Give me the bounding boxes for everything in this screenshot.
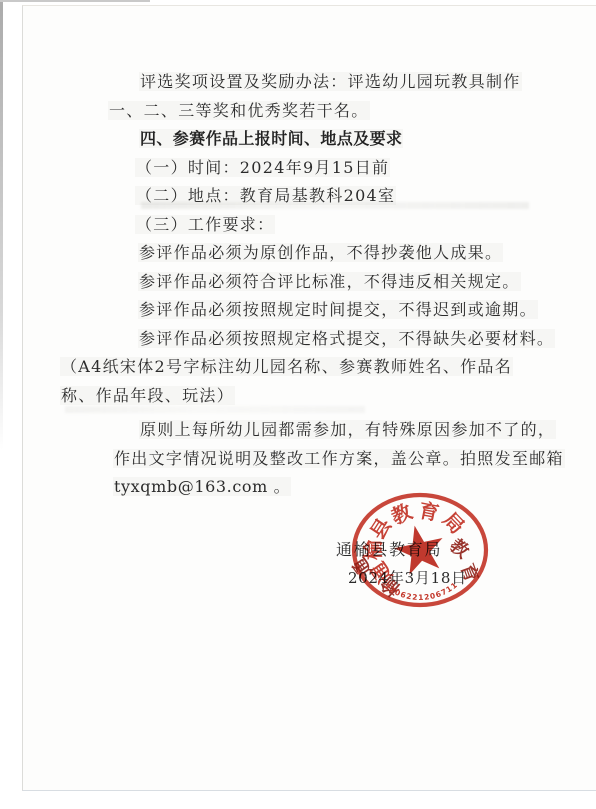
doc-line-text: 作出文字情况说明及整改工作方案，盖公章。拍照发至邮箱 bbox=[113, 449, 565, 468]
doc-line-text: （一）时间：2024年9月15日前 bbox=[135, 158, 390, 177]
paper: 评选奖项设置及奖励办法：评选幼儿园玩教具制作 一、二、三等奖和优秀奖若干名。 四… bbox=[22, 5, 596, 791]
doc-line-text: 参评作品必须符合评比标准，不得违反相关规定。 bbox=[138, 272, 521, 291]
scan-artifact bbox=[65, 406, 365, 413]
seal-arc-char: 育 bbox=[417, 498, 441, 525]
doc-line-text: 参评作品必须按照规定时间提交，不得迟到或逾期。 bbox=[138, 300, 538, 319]
doc-line-text: （A4纸宋体2号字标注幼儿园名称、参赛教师姓名、作品名 bbox=[60, 357, 513, 376]
doc-line-text: 参评作品必须为原创作品，不得抄袭他人成果。 bbox=[138, 243, 503, 262]
scan-edge-shadow-left bbox=[0, 0, 3, 450]
doc-line: 参评作品必须按照规定格式提交，不得缺失必要材料。 bbox=[138, 325, 596, 354]
scan-edge-shadow-top bbox=[0, 0, 150, 2]
doc-line-text: tyxqmb@163.com 。 bbox=[113, 477, 291, 496]
doc-line: 作出文字情况说明及整改工作方案，盖公章。拍照发至邮箱 bbox=[113, 445, 596, 474]
doc-line: 一、二、三等奖和优秀奖若干名。 bbox=[108, 97, 596, 126]
doc-line-text: 评选奖项设置及奖励办法：评选幼儿园玩教具制作 bbox=[139, 72, 522, 91]
doc-line: 参评作品必须按照规定时间提交，不得迟到或逾期。 bbox=[138, 296, 596, 325]
doc-heading: 四、参赛作品上报时间、地点及要求 bbox=[139, 125, 596, 154]
doc-line: 参评作品必须为原创作品，不得抄袭他人成果。 bbox=[138, 239, 596, 268]
scan-artifact bbox=[141, 202, 529, 209]
doc-line: 原则上每所幼儿园都需参加，有特殊原因参加不了的， bbox=[139, 416, 596, 445]
doc-line-text: （三）工作要求： bbox=[135, 215, 275, 234]
doc-line-text: 四、参赛作品上报时间、地点及要求 bbox=[139, 129, 403, 148]
seal-star-icon bbox=[390, 520, 448, 576]
doc-line-text: 称、作品年段、玩法） bbox=[60, 386, 235, 405]
doc-line: （A4纸宋体2号字标注幼儿园名称、参赛教师姓名、作品名 bbox=[60, 353, 596, 382]
doc-line-text: 原则上每所幼儿园都需参加，有特殊原因参加不了的， bbox=[139, 420, 556, 439]
doc-line: （三）工作要求： bbox=[135, 211, 596, 240]
official-seal-stamp: 通 榆 县 教 育 局 教 育 榆 通 2206221206711 bbox=[337, 479, 507, 649]
seal-overprint-char: 教 bbox=[445, 534, 474, 564]
doc-line-text: 参评作品必须按照规定格式提交，不得缺失必要材料。 bbox=[138, 329, 555, 348]
doc-line-text: 一、二、三等奖和优秀奖若干名。 bbox=[108, 101, 370, 120]
doc-line: （一）时间：2024年9月15日前 bbox=[135, 154, 596, 183]
doc-line: 评选奖项设置及奖励办法：评选幼儿园玩教具制作 bbox=[139, 68, 596, 97]
doc-line: 参评作品必须符合评比标准，不得违反相关规定。 bbox=[138, 268, 596, 297]
seal-overprint-char: 育 bbox=[456, 561, 483, 585]
document-body: 评选奖项设置及奖励办法：评选幼儿园玩教具制作 一、二、三等奖和优秀奖若干名。 四… bbox=[23, 68, 596, 502]
